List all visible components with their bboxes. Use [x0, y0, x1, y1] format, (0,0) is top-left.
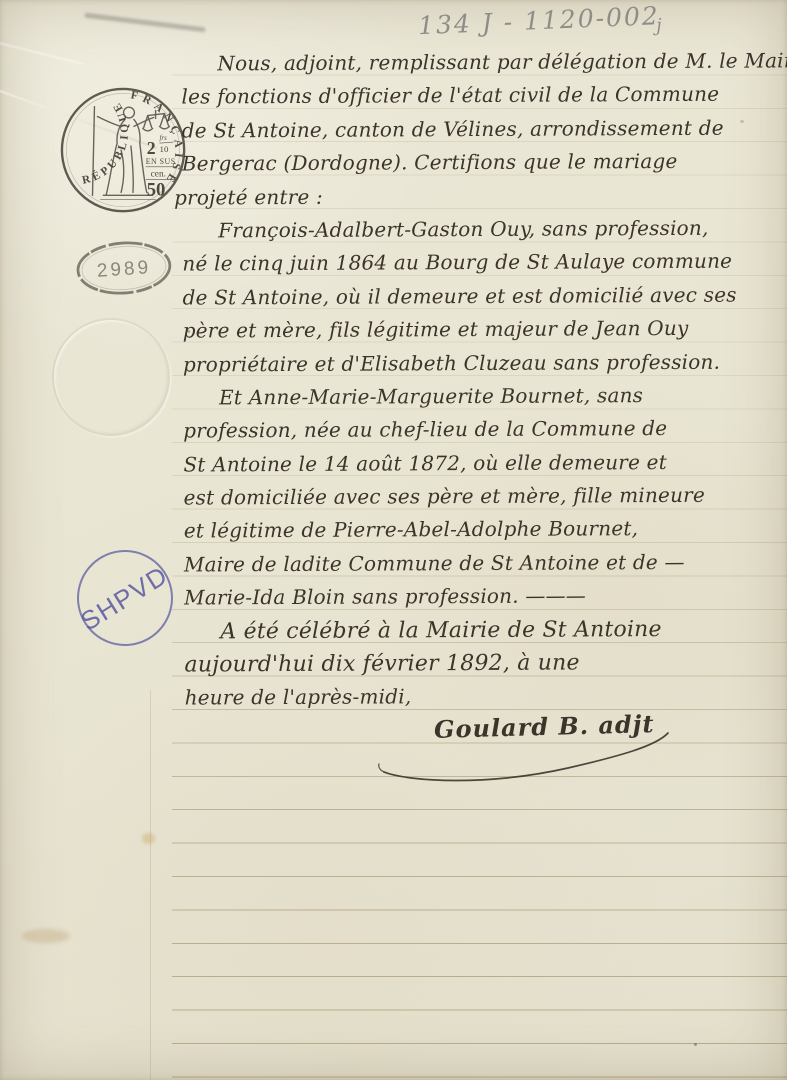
stamp-value-50: 50: [147, 179, 166, 200]
manuscript-line: St Antoine le 14 août 1872, où elle deme…: [183, 445, 768, 481]
manuscript-line: est domiciliée avec ses père et mère, fi…: [184, 479, 769, 515]
shpvd-archive-stamp: SHPVD: [77, 550, 173, 646]
control-number-stamp-icon: 2989: [71, 235, 177, 304]
stamp-value-10: 10: [160, 144, 169, 154]
manuscript-line: A été célébré à la Mairie de St Antoine: [184, 612, 769, 648]
manuscript-line: propriétaire et d'Elisabeth Cluzeau sans…: [183, 345, 768, 381]
scanned-marriage-certificate-page: 134 J - 1120-002j: [0, 0, 787, 1080]
manuscript-line: les fonctions d'officier de l'état civil…: [181, 78, 766, 114]
signature-flourish: [368, 706, 680, 790]
manuscript-line: Marie-Ida Bloin sans profession. ———: [184, 579, 769, 615]
manuscript-line: Nous, adjoint, remplissant par délégatio…: [181, 44, 766, 80]
manuscript-line: né le cinq juin 1864 au Bourg de St Aula…: [182, 245, 767, 281]
manuscript-line: de St Antoine, où il demeure et est domi…: [182, 278, 767, 314]
pencil-smudge: [84, 13, 206, 33]
manuscript-line: père et mère, fils légitime et majeur de…: [183, 312, 768, 348]
paper-stain: [142, 833, 155, 844]
manuscript-line: Bergerac (Dordogne). Certifions que le m…: [182, 145, 767, 181]
stamp-value-en-sus: EN SUS: [146, 157, 176, 166]
manuscript-line: Maire de ladite Commune de St Antoine et…: [184, 545, 769, 581]
stamp-value-frs: frs: [160, 135, 168, 142]
manuscript-line: aujourd'hui dix février 1892, à une: [184, 645, 769, 681]
manuscript-line: et légitime de Pierre-Abel-Adolphe Bourn…: [184, 512, 769, 548]
embossed-seal-ghost: [52, 318, 170, 436]
manuscript-line: de St Antoine, canton de Vélines, arrond…: [182, 111, 767, 147]
paper-stain: [22, 929, 70, 943]
stamp-value-2: 2: [147, 138, 156, 158]
fold-line: [150, 690, 151, 1080]
control-number-text: 2989: [96, 257, 152, 282]
paper-speck: [694, 1043, 697, 1046]
archival-reference-suffix: j: [656, 15, 664, 36]
archival-reference-text: 134 J - 1120-002: [418, 1, 661, 40]
manuscript-line: Et Anne-Marie-Marguerite Bournet, sans: [183, 378, 768, 414]
manuscript-text-block: Nous, adjoint, remplissant par délégatio…: [181, 44, 769, 715]
shpvd-stamp-text: SHPVD: [76, 559, 175, 637]
manuscript-line: profession, née au chef-lieu de la Commu…: [183, 412, 768, 448]
paper-crease: [0, 41, 83, 64]
archival-reference-note: 134 J - 1120-002j: [418, 1, 668, 40]
stamp-value-cen: cen.: [151, 170, 166, 180]
manuscript-line: François-Adalbert-Gaston Ouy, sans profe…: [182, 211, 767, 247]
manuscript-line: projeté entre :: [174, 178, 767, 214]
